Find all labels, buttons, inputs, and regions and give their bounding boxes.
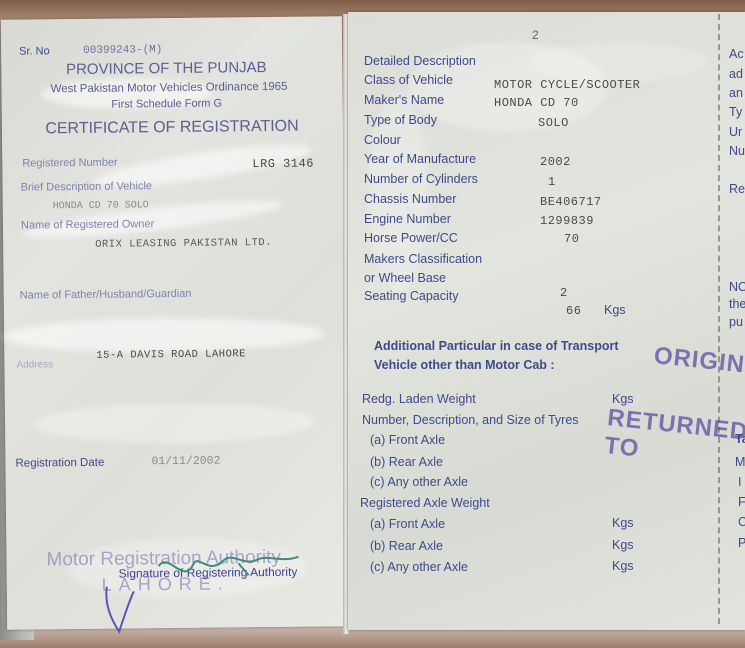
class-of-vehicle-label: Class of Vehicle <box>364 73 453 87</box>
seating-capacity-value: 2 <box>560 286 568 300</box>
page-number: 2 <box>532 28 539 42</box>
province-heading: PROVINCE OF THE PUNJAB <box>1 58 331 78</box>
guardian-label: Name of Father/Husband/Guardian <box>20 288 192 302</box>
fragment-text: M <box>735 455 745 469</box>
axle-weight-front-unit: Kgs <box>612 516 634 530</box>
tyres-rear-axle-label: (b) Rear Axle <box>370 455 443 469</box>
class-of-vehicle-value: MOTOR CYCLE/SCOOTER <box>494 78 640 92</box>
fragment-text: Re <box>729 182 745 196</box>
axle-weight-other-label: (c) Any other Axle <box>370 560 468 574</box>
owner-name-value: ORIX LEASING PAKISTAN LTD. <box>95 237 272 251</box>
year-of-manufacture-value: 2002 <box>540 155 571 169</box>
schedule-heading: First Schedule Form G <box>2 96 332 111</box>
axle-weight-front-label: (a) Front Axle <box>370 517 445 531</box>
fragment-text: I <box>738 475 741 489</box>
fragment-text: the <box>729 297 745 311</box>
fragment-text: C <box>738 515 745 529</box>
colour-label: Colour <box>364 133 401 147</box>
chassis-number-label: Chassis Number <box>364 192 456 206</box>
fragment-text: Ta <box>735 432 745 446</box>
axle-weight-rear-label: (b) Rear Axle <box>370 539 443 553</box>
fragment-text: Ac <box>729 47 744 61</box>
unladen-weight-value: 66 <box>566 304 581 318</box>
page-fold-perforation <box>718 14 720 624</box>
axle-weight-rear-unit: Kgs <box>612 538 634 552</box>
type-of-body-value: SOLO <box>538 116 569 130</box>
brief-description-label: Brief Description of Vehicle <box>21 180 153 193</box>
certificate-left-page: Sr. No 00399243-(M) PROVINCE OF THE PUNJ… <box>1 16 348 630</box>
registered-number-label: Registered Number <box>22 157 117 170</box>
transport-section-title-line2: Vehicle other than Motor Cab : <box>374 358 555 372</box>
laden-weight-label: Redg. Laden Weight <box>362 392 476 406</box>
tyres-front-axle-label: (a) Front Axle <box>370 433 445 447</box>
fragment-text: pu <box>729 315 743 329</box>
axle-weight-other-unit: Kgs <box>612 559 634 573</box>
fragment-text: Ty <box>729 105 742 119</box>
year-of-manufacture-label: Year of Manufacture <box>364 152 476 166</box>
fragment-text: ad <box>729 67 743 81</box>
owner-name-label: Name of Registered Owner <box>21 218 154 231</box>
type-of-body-label: Type of Body <box>364 113 437 127</box>
returned-stamp: RETURNED TO <box>603 404 745 474</box>
number-of-cylinders-value: 1 <box>548 175 556 189</box>
registered-number-value: LRG 3146 <box>252 157 314 172</box>
unladen-weight-unit: Kgs <box>604 303 626 317</box>
makers-name-label: Maker's Name <box>364 93 444 107</box>
engine-number-label: Engine Number <box>364 212 451 226</box>
certificate-right-page: 2 Detailed Description Class of Vehicle … <box>348 12 745 630</box>
fragment-text: NO <box>729 280 745 294</box>
chassis-number-value: BE406717 <box>540 195 602 209</box>
address-label: Address <box>16 359 53 370</box>
registration-date-value: 01/11/2002 <box>151 455 220 469</box>
makers-classification-label: Makers Classification <box>364 252 482 266</box>
ordinance-heading: West Pakistan Motor Vehicles Ordinance 1… <box>1 80 336 96</box>
engine-number-value: 1299839 <box>540 214 594 228</box>
serial-number-label: Sr. No <box>19 45 50 57</box>
serial-number-value: 00399243-(M) <box>83 44 162 57</box>
makers-name-value: HONDA CD 70 <box>494 96 579 110</box>
fragment-text: P <box>738 536 745 550</box>
number-of-cylinders-label: Number of Cylinders <box>364 172 478 186</box>
seating-capacity-label: Seating Capacity <box>364 289 459 303</box>
horse-power-label: Horse Power/CC <box>364 231 458 245</box>
fragment-text: an <box>729 86 743 100</box>
fragment-text: F <box>738 495 745 509</box>
horse-power-value: 70 <box>564 232 579 246</box>
tyres-other-axle-label: (c) Any other Axle <box>370 475 468 489</box>
certificate-title: CERTIFICATE OF REGISTRATION <box>2 117 342 139</box>
fragment-text: Nu <box>729 144 745 158</box>
axle-weight-label: Registered Axle Weight <box>360 496 490 510</box>
original-stamp: ORIGINAL <box>653 342 745 383</box>
registration-date-label: Registration Date <box>15 457 104 470</box>
fragment-text: Ur <box>729 125 742 139</box>
wheel-base-label: or Wheel Base <box>364 271 446 285</box>
signature-icon <box>98 544 339 637</box>
tyres-label: Number, Description, and Size of Tyres <box>362 413 579 427</box>
address-value: 15-A DAVIS ROAD LAHORE <box>96 348 246 362</box>
transport-section-title-line1: Additional Particular in case of Transpo… <box>374 339 619 353</box>
detailed-description-title: Detailed Description <box>364 54 476 68</box>
brief-description-value: HONDA CD 70 SOLO <box>53 200 149 212</box>
